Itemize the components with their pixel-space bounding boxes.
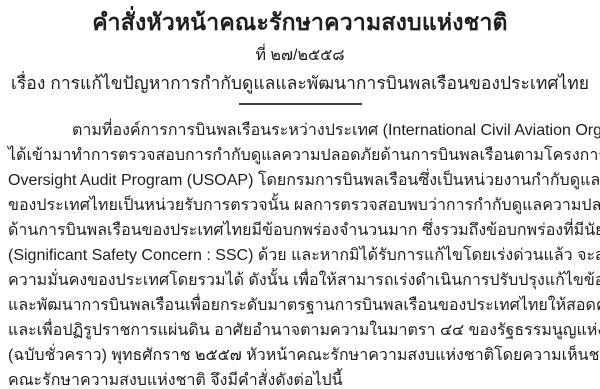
header-divider-line: [239, 103, 362, 105]
document-page: คำสั่งหัวหน้าคณะรักษาความสงบแห่งชาติ ที่…: [0, 0, 600, 389]
body-line: ความมั่นคงของประเทศโดยรวมได้ ดังนั้น เพื…: [8, 268, 592, 293]
body-line: Oversight Audit Program (USOAP) โดยกรมกา…: [8, 168, 592, 193]
body-line: ตามที่องค์การการบินพลเรือนระหว่างประเทศ …: [8, 118, 592, 143]
body-line: และพัฒนาการบินพลเรือนเพื่อยกระดับมาตรฐาน…: [8, 293, 592, 318]
document-header: คำสั่งหัวหน้าคณะรักษาความสงบแห่งชาติ ที่…: [0, 0, 600, 105]
body-line: ด้านการบินพลเรือนของประเทศไทยมีข้อบกพร่อ…: [8, 218, 592, 243]
document-number: ที่ ๒๗/๒๕๕๘: [0, 46, 600, 65]
body-line: ของประเทศไทยเป็นหน่วยรับการตรวจนั้น ผลกา…: [8, 193, 592, 218]
document-body-paragraph: ตามที่องค์การการบินพลเรือนระหว่างประเทศ …: [8, 118, 592, 389]
document-subject: เรื่อง การแก้ไขปัญหาการกำกับดูแลและพัฒนา…: [0, 72, 600, 95]
body-line: (Significant Safety Concern : SSC) ด้วย …: [8, 243, 592, 268]
document-title: คำสั่งหัวหน้าคณะรักษาความสงบแห่งชาติ: [0, 7, 600, 37]
body-line: และเพื่อปฏิรูปราชการแผ่นดิน อาศัยอำนาจตา…: [8, 318, 592, 343]
body-line: ได้เข้ามาทำการตรวจสอบการกำกับดูแลความปลอ…: [8, 143, 592, 168]
body-line: (ฉบับชั่วคราว) พุทธศักราช ๒๕๕๗ หัวหน้าคณ…: [8, 343, 592, 368]
body-line: คณะรักษาความสงบแห่งชาติ จึงมีคำสั่งดังต่…: [8, 368, 592, 389]
